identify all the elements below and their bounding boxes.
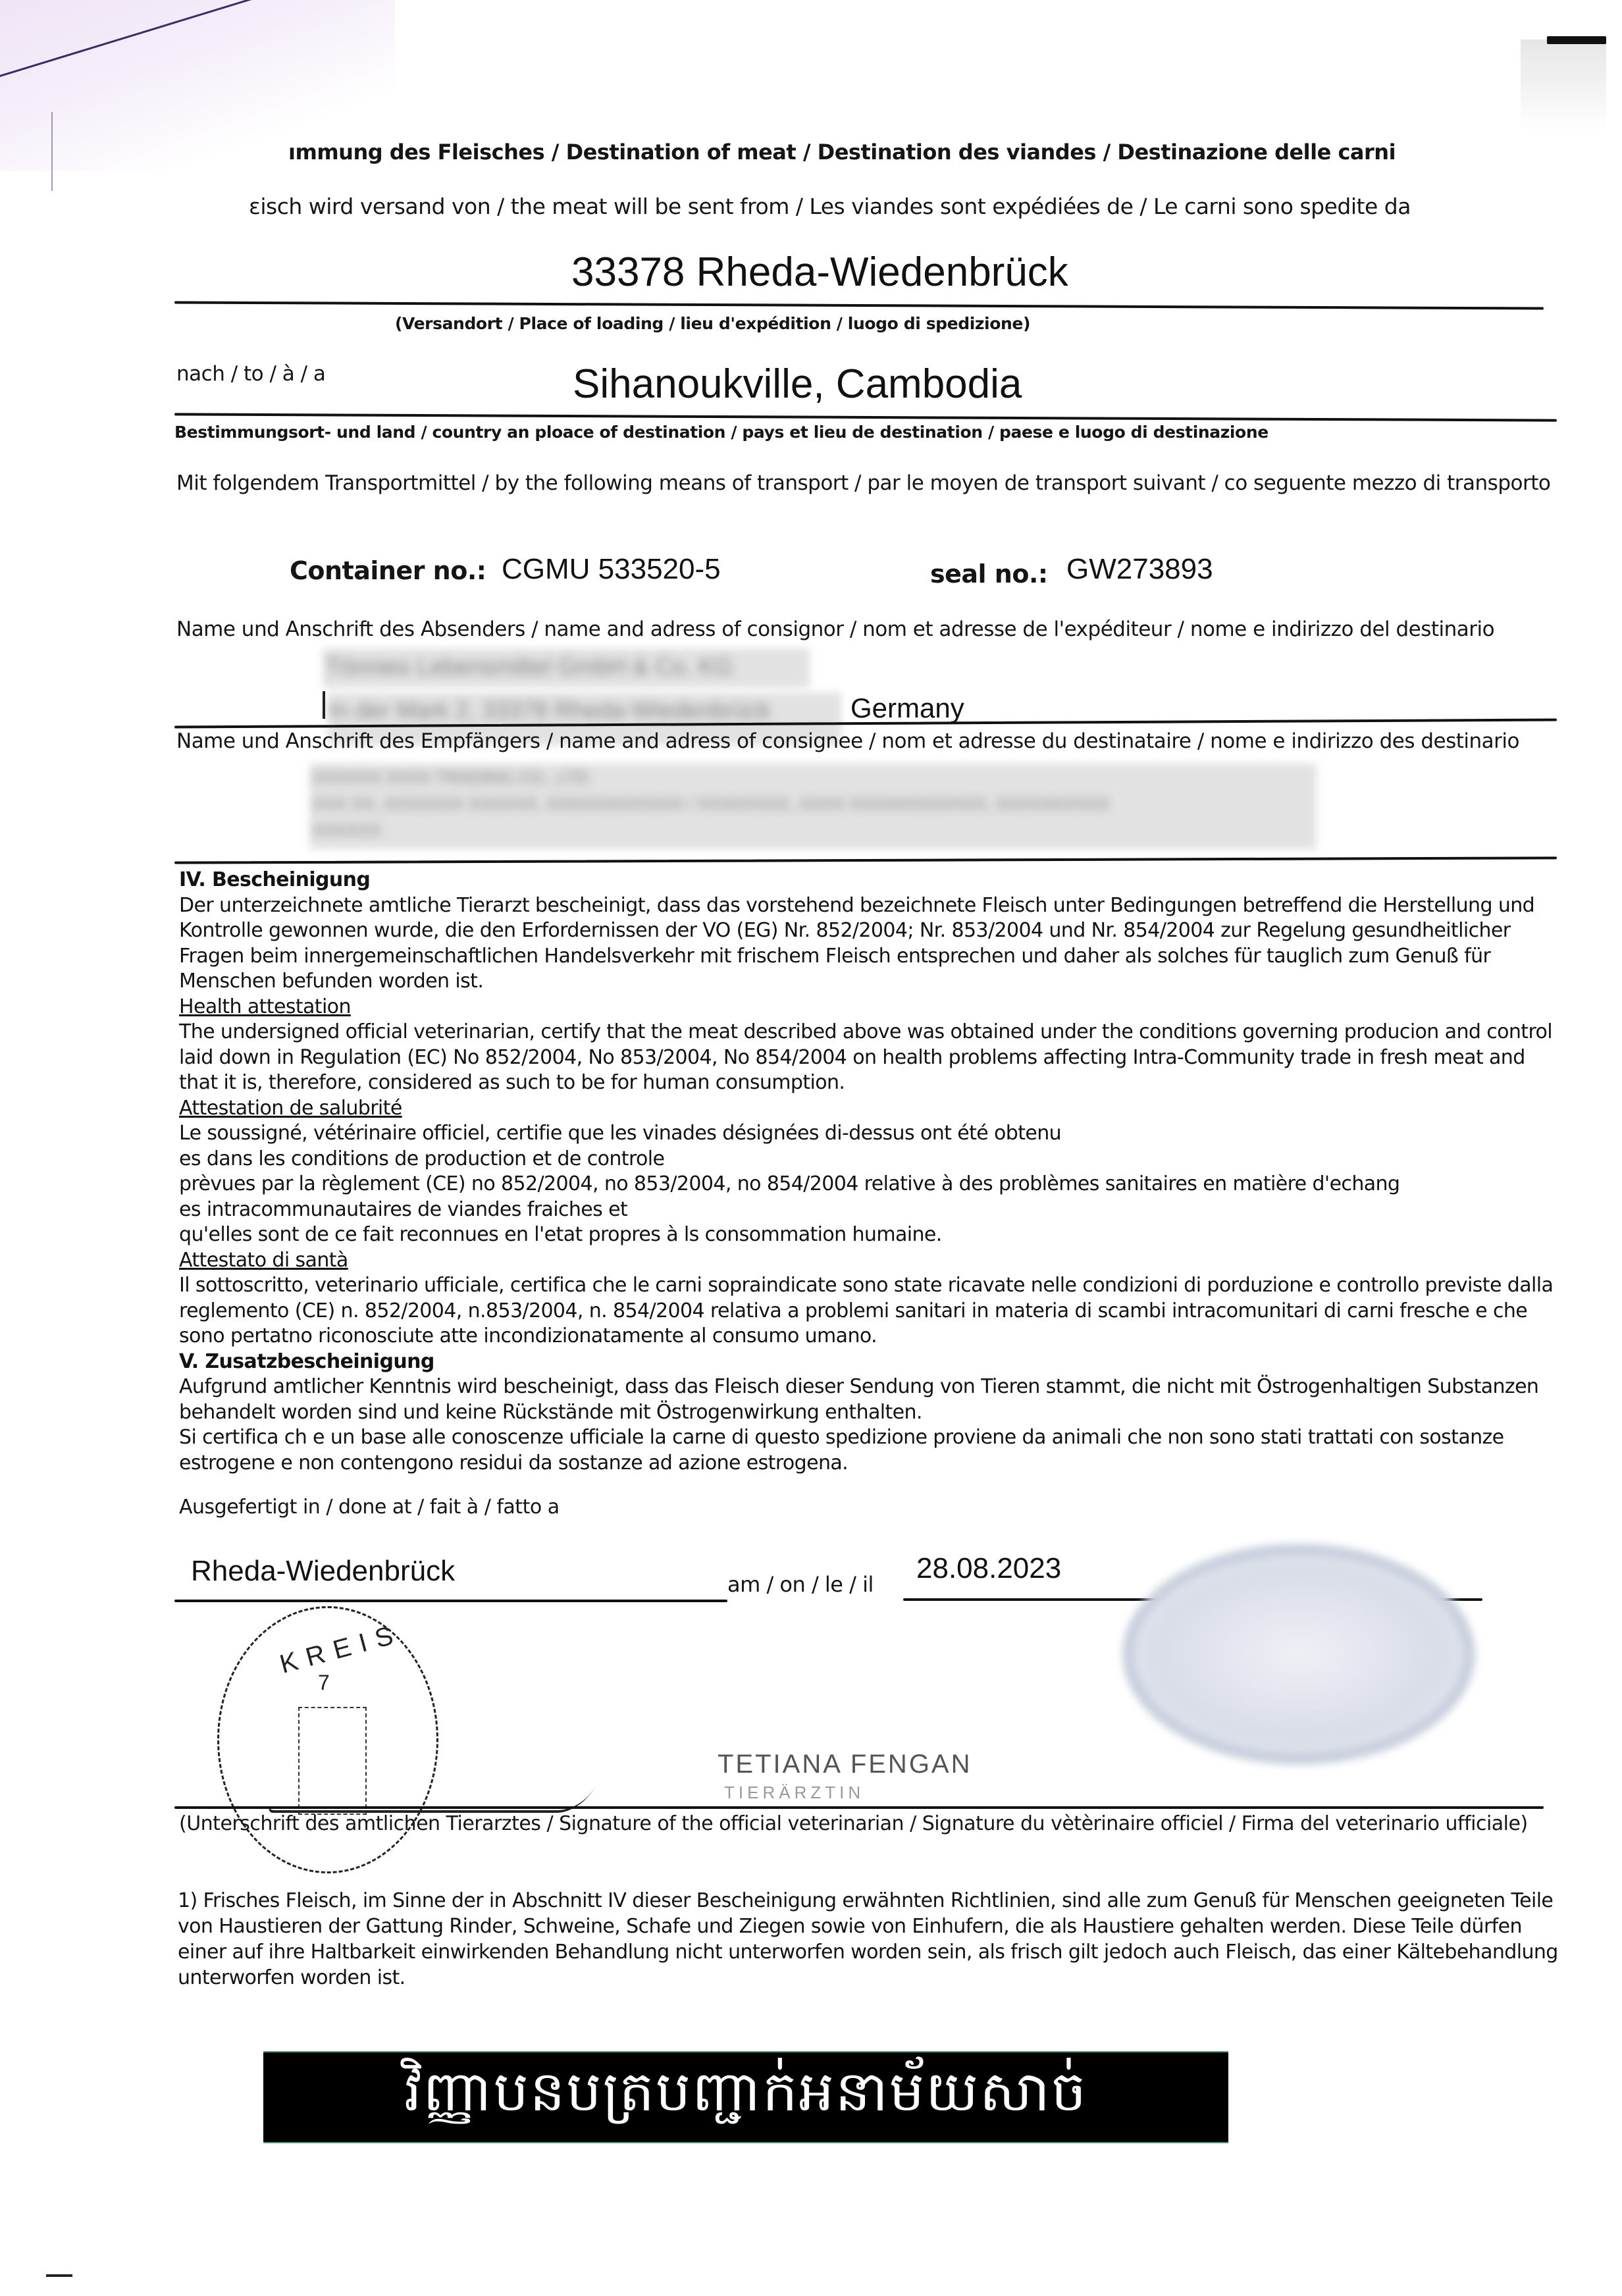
certification-section: IV. Bescheinigung Der unterzeichnete amt… — [179, 868, 1561, 1476]
destination-caption: Bestimmungsort- und land / country an pl… — [174, 423, 1269, 442]
place-rule — [174, 1600, 727, 1602]
sent-from-label: ɛisch wird versand von / the meat will b… — [249, 194, 1411, 219]
consignee-line-1: XXXXXX XXXX TRADING CO., LTD — [313, 768, 589, 788]
signature-rule — [174, 1806, 1544, 1809]
italian-attestation-title: Attestato di santà — [179, 1248, 1561, 1274]
khmer-title-banner: វិញ្ញាបនបត្របញ្ជាក់អនាម័យសាច់ — [263, 2051, 1228, 2143]
consignee-line-3: XXXXXX — [313, 820, 381, 841]
destination-value: Sihanoukville, Cambodia — [573, 361, 1022, 407]
destination-of-meat-heading: ımmung des Fleisches / Destination of me… — [288, 140, 1396, 165]
container-label: Container no.: — [290, 556, 486, 585]
done-at-label: Ausgefertigt in / done at / fait à / fat… — [179, 1496, 560, 1519]
signing-date: 28.08.2023 — [916, 1552, 1061, 1585]
french-line-5: qu'elles sont de ce fait reconnues en l'… — [179, 1222, 1561, 1248]
french-line-2: es dans les conditions de production et … — [179, 1147, 1561, 1172]
italian-attestation-text: Il sottoscritto, veterinario ufficiale, … — [179, 1273, 1561, 1349]
vet-title: TIERÄRZTIN — [724, 1783, 864, 1803]
loading-rule — [174, 301, 1544, 309]
scan-bottom-mark — [46, 2274, 72, 2277]
vet-name: TETIANA FENGAN — [718, 1750, 972, 1779]
khmer-title-text: វិញ្ញាបនបត្របញ្ជាក់អនាម័យសាច់ — [404, 2057, 1087, 2138]
date-label: am / on / le / il — [727, 1572, 874, 1597]
consignor-country: Germany — [850, 692, 964, 724]
french-line-1: Le soussigné, vétérinaire officiel, cert… — [179, 1121, 1561, 1147]
signature-caption: (Unterschrift des amtlichen Tierarztes /… — [179, 1812, 1561, 1836]
french-line-4: es intracommunautaires de viandes fraich… — [179, 1197, 1561, 1223]
french-attestation-title: Attestation de salubrité — [179, 1096, 1561, 1122]
signing-place: Rheda-Wiedenbrück — [191, 1555, 455, 1588]
scan-corner-tick — [51, 112, 53, 191]
consignee-label: Name und Anschrift des Empfängers / name… — [176, 729, 1552, 753]
fresh-meat-footnote: 1) Frisches Fleisch, im Sinne der in Abs… — [178, 1888, 1567, 1991]
consignor-cursor-mark — [323, 691, 325, 719]
place-of-loading-caption: (Versandort / Place of loading / lieu d'… — [395, 314, 1030, 333]
consignor-label: Name und Anschrift des Absenders / name … — [176, 617, 1526, 641]
scan-top-right-mark — [1547, 36, 1606, 44]
container-number: CGMU 533520-5 — [502, 553, 721, 586]
destination-prefix: nach / to / à / a — [176, 362, 325, 386]
french-line-3: prèvues par la règlement (CE) no 852/200… — [179, 1172, 1561, 1197]
consignor-name-redacted: Tönnies Lebensmittel GmbH & Co. KG — [326, 653, 733, 681]
place-of-loading-value: 33378 Rheda-Wiedenbrück — [571, 249, 1068, 296]
english-attestation-text: The undersigned official veterinarian, c… — [179, 1020, 1561, 1096]
seal-label: seal no.: — [930, 560, 1048, 588]
section-iv-title: IV. Bescheinigung — [179, 868, 1561, 893]
consignor-address-redacted: In der Mark 2, 33378 Rheda-Wiedenbrück — [329, 696, 770, 724]
english-attestation-title: Health attestation — [179, 995, 1561, 1020]
company-stamp-redacted — [1122, 1544, 1475, 1765]
section-v-italian-text: Si certifica ch e un base alle conoscenz… — [179, 1425, 1561, 1476]
scan-top-right-shade — [1521, 39, 1606, 132]
consignee-line-2: XXX XX, XXXXXXX XXXXXX, XXXXXXXXXXXX / X… — [313, 794, 1110, 814]
stamp-number: 7 — [318, 1671, 330, 1695]
destination-rule — [174, 413, 1557, 421]
section-v-title: V. Zusatzbescheinigung — [179, 1349, 1561, 1375]
stamp-text: KREIS — [276, 1619, 405, 1680]
german-attestation-text: Der unterzeichnete amtliche Tierarzt bes… — [179, 893, 1561, 995]
transport-label: Mit folgendem Transportmittel / by the f… — [176, 471, 1565, 495]
seal-number: GW273893 — [1066, 553, 1213, 586]
consignee-rule — [174, 856, 1557, 864]
section-v-german-text: Aufgrund amtlicher Kenntnis wird beschei… — [179, 1374, 1561, 1425]
